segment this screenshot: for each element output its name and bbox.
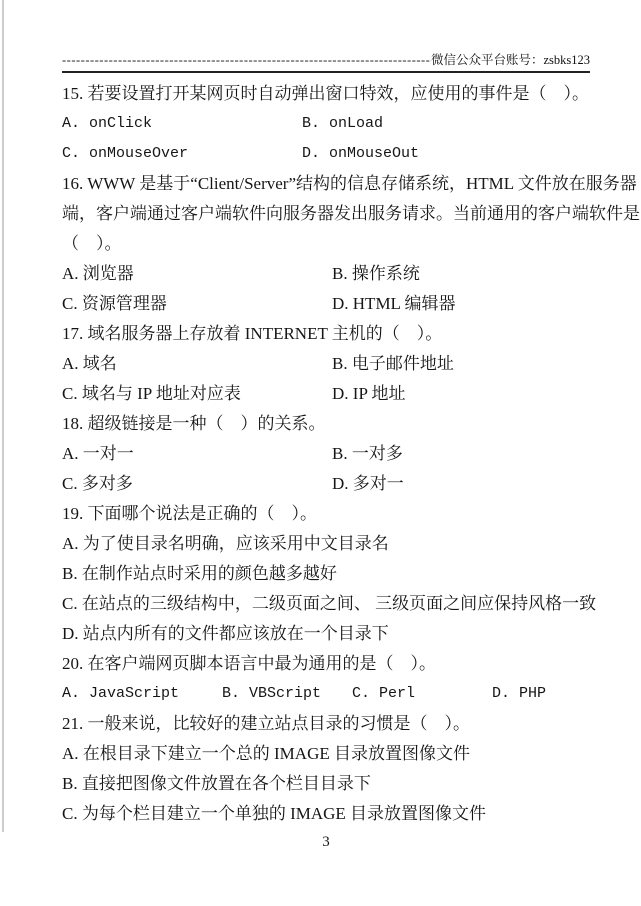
option-d: D. IP 地址 <box>332 379 590 409</box>
option-a: A. 浏览器 <box>62 259 332 289</box>
option-c: C. 资源管理器 <box>62 289 332 319</box>
question-20: 20. 在客户端网页脚本语言中最为通用的是（ ）。 A. JavaScript … <box>62 649 590 709</box>
question-stem: 20. 在客户端网页脚本语言中最为通用的是（ ）。 <box>62 649 590 679</box>
stem-line-1: 16. WWW 是基于“Client/Server”结构的信息存储系统，HTML… <box>62 169 590 199</box>
question-21: 21. 一般来说，比较好的建立站点目录的习惯是（ ）。 A. 在根目录下建立一个… <box>62 709 590 829</box>
option-c: C. 在站点的三级结构中，二级页面之间、 三级页面之间应保持风格一致 <box>62 589 590 619</box>
option-c: C. 域名与 IP 地址对应表 <box>62 379 332 409</box>
page-content: ----------------------------------------… <box>62 50 590 855</box>
option-c: C. onMouseOver <box>62 139 302 169</box>
question-stem: 16. WWW 是基于“Client/Server”结构的信息存储系统，HTML… <box>62 169 590 259</box>
option-d: D. HTML 编辑器 <box>332 289 590 319</box>
question-stem: 17. 域名服务器上存放着 INTERNET 主机的（ ）。 <box>62 319 590 349</box>
option-b: B. 电子邮件地址 <box>332 349 590 379</box>
option-b: B. 在制作站点时采用的颜色越多越好 <box>62 559 590 589</box>
question-options: A. 一对一 B. 一对多 C. 多对多 D. 多对一 <box>62 439 590 499</box>
stem-line-3: （ ）。 <box>62 229 590 259</box>
option-b: B. VBScript <box>222 679 352 709</box>
option-b: B. 直接把图像文件放置在各个栏目目录下 <box>62 769 590 799</box>
option-c: C. 为每个栏目建立一个单独的 IMAGE 目录放置图像文件 <box>62 799 590 829</box>
option-b: B. 操作系统 <box>332 259 590 289</box>
header-rule <box>62 71 590 73</box>
page-header: ----------------------------------------… <box>62 50 590 70</box>
option-a: A. 为了使目录名明确，应该采用中文目录名 <box>62 529 590 559</box>
option-a: A. onClick <box>62 109 302 139</box>
wechat-account-label: 微信公众平台账号：zsbks123 <box>431 50 590 70</box>
question-options: A. 浏览器 B. 操作系统 C. 资源管理器 D. HTML 编辑器 <box>62 259 590 319</box>
option-b: B. onLoad <box>302 109 590 139</box>
option-a: A. JavaScript <box>62 679 222 709</box>
option-d: D. onMouseOut <box>302 139 590 169</box>
option-d: D. 多对一 <box>332 469 590 499</box>
header-dashes: ----------------------------------------… <box>62 50 431 70</box>
option-a: A. 域名 <box>62 349 332 379</box>
option-b: B. 一对多 <box>332 439 590 469</box>
question-15: 15. 若要设置打开某网页时自动弹出窗口特效，应使用的事件是（ ）。 A. on… <box>62 79 590 169</box>
option-c: C. 多对多 <box>62 469 332 499</box>
question-17: 17. 域名服务器上存放着 INTERNET 主机的（ ）。 A. 域名 B. … <box>62 319 590 409</box>
option-a: A. 在根目录下建立一个总的 IMAGE 目录放置图像文件 <box>62 739 590 769</box>
scan-edge-artifact-left <box>2 0 4 832</box>
question-options: A. 域名 B. 电子邮件地址 C. 域名与 IP 地址对应表 D. IP 地址 <box>62 349 590 409</box>
question-stem: 18. 超级链接是一种（ ）的关系。 <box>62 409 590 439</box>
question-stem: 21. 一般来说，比较好的建立站点目录的习惯是（ ）。 <box>62 709 590 739</box>
option-d: D. 站点内所有的文件都应该放在一个目录下 <box>62 619 590 649</box>
question-stem: 15. 若要设置打开某网页时自动弹出窗口特效，应使用的事件是（ ）。 <box>62 79 590 109</box>
option-a: A. 一对一 <box>62 439 332 469</box>
stem-line-2: 端，客户端通过客户端软件向服务器发出服务请求。当前通用的客户端软件是 <box>62 199 590 229</box>
question-stem: 19. 下面哪个说法是正确的（ ）。 <box>62 499 590 529</box>
question-options: A. onClick B. onLoad C. onMouseOver D. o… <box>62 109 590 169</box>
question-options: A. JavaScript B. VBScript C. Perl D. PHP <box>62 679 590 709</box>
question-list: 15. 若要设置打开某网页时自动弹出窗口特效，应使用的事件是（ ）。 A. on… <box>62 79 590 855</box>
question-19: 19. 下面哪个说法是正确的（ ）。 A. 为了使目录名明确，应该采用中文目录名… <box>62 499 590 649</box>
option-d: D. PHP <box>492 679 590 709</box>
question-16: 16. WWW 是基于“Client/Server”结构的信息存储系统，HTML… <box>62 169 590 319</box>
option-c: C. Perl <box>352 679 492 709</box>
exam-page: ----------------------------------------… <box>0 0 641 906</box>
question-18: 18. 超级链接是一种（ ）的关系。 A. 一对一 B. 一对多 C. 多对多 … <box>62 409 590 499</box>
page-number: 3 <box>62 829 590 855</box>
